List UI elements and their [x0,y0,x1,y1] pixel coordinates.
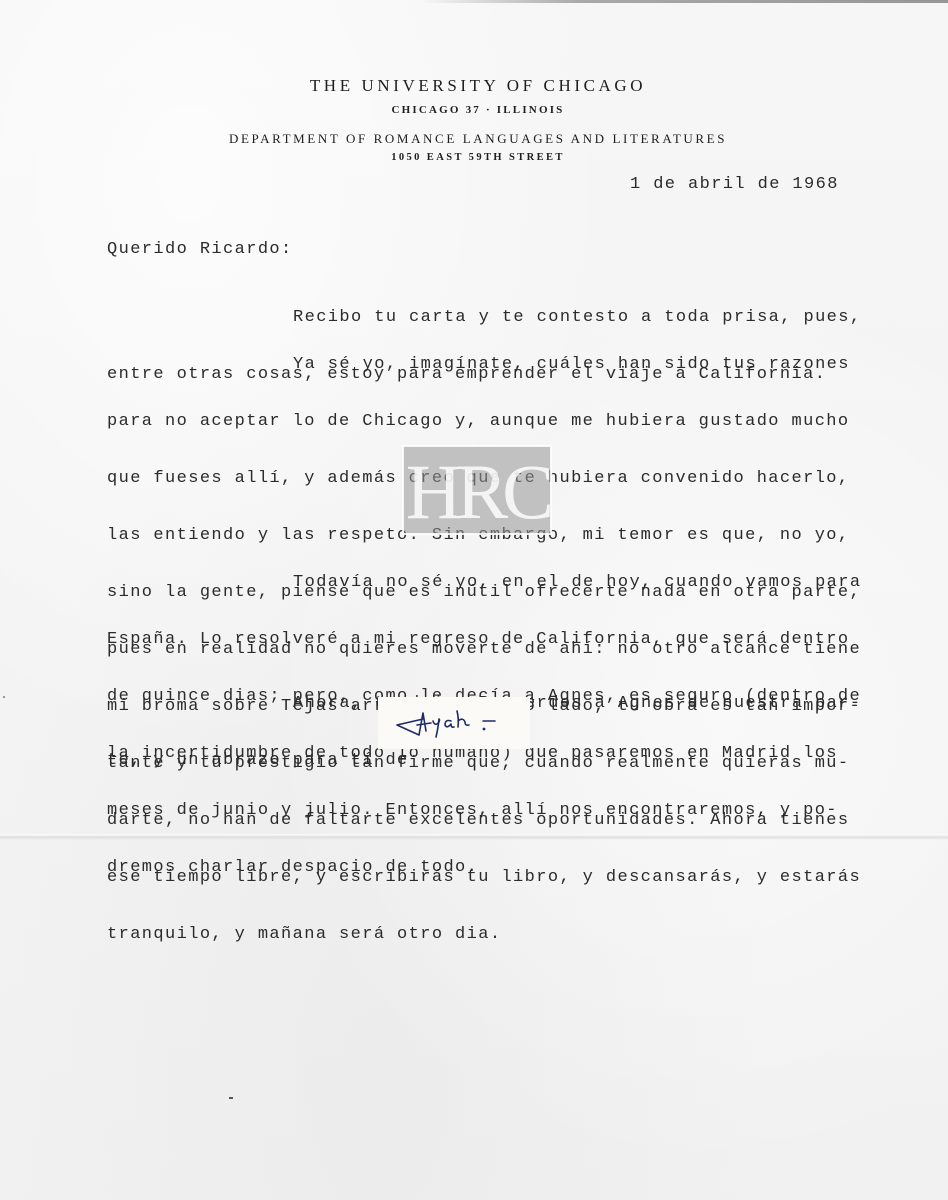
hrc-watermark: HRC [403,446,551,534]
text-line: te, y un abrazo para tí de [107,751,861,770]
letterhead-street: 1050 EAST 59TH STREET [4,152,948,163]
letterhead-department: DEPARTMENT OF ROMANCE LANGUAGES AND LITE… [4,131,948,147]
text-line: España. Lo resolveré a mi regreso de Cal… [107,630,861,649]
text-line: para no aceptar lo de Chicago y, aunque … [107,412,861,431]
signature-handwriting-icon [389,701,519,745]
paper-speck [229,1097,233,1099]
letter-page: THE UNIVERSITY OF CHICAGO CHICAGO 37 · I… [0,0,948,1200]
watermark-text: HRC [406,453,548,531]
letterhead-city: CHICAGO 37 · ILLINOIS [4,104,948,116]
letter-date: 1 de abril de 1968 [630,175,839,194]
paper-top-edge [420,0,948,3]
paper-speck [3,696,5,698]
text-line: Todavía no sé yo, en el de hoy, cuando v… [107,573,861,592]
letterhead-institution: THE UNIVERSITY OF CHICAGO [4,76,948,96]
text-line: dremos charlar despacio de todo. [107,858,861,877]
signature [378,697,530,749]
text-line: Ya sé yo, imagínate, cuáles han sido tus… [107,355,861,374]
letter-salutation: Querido Ricardo: [107,240,293,259]
text-line: tranquilo, y mañana será otro dia. [107,925,861,944]
